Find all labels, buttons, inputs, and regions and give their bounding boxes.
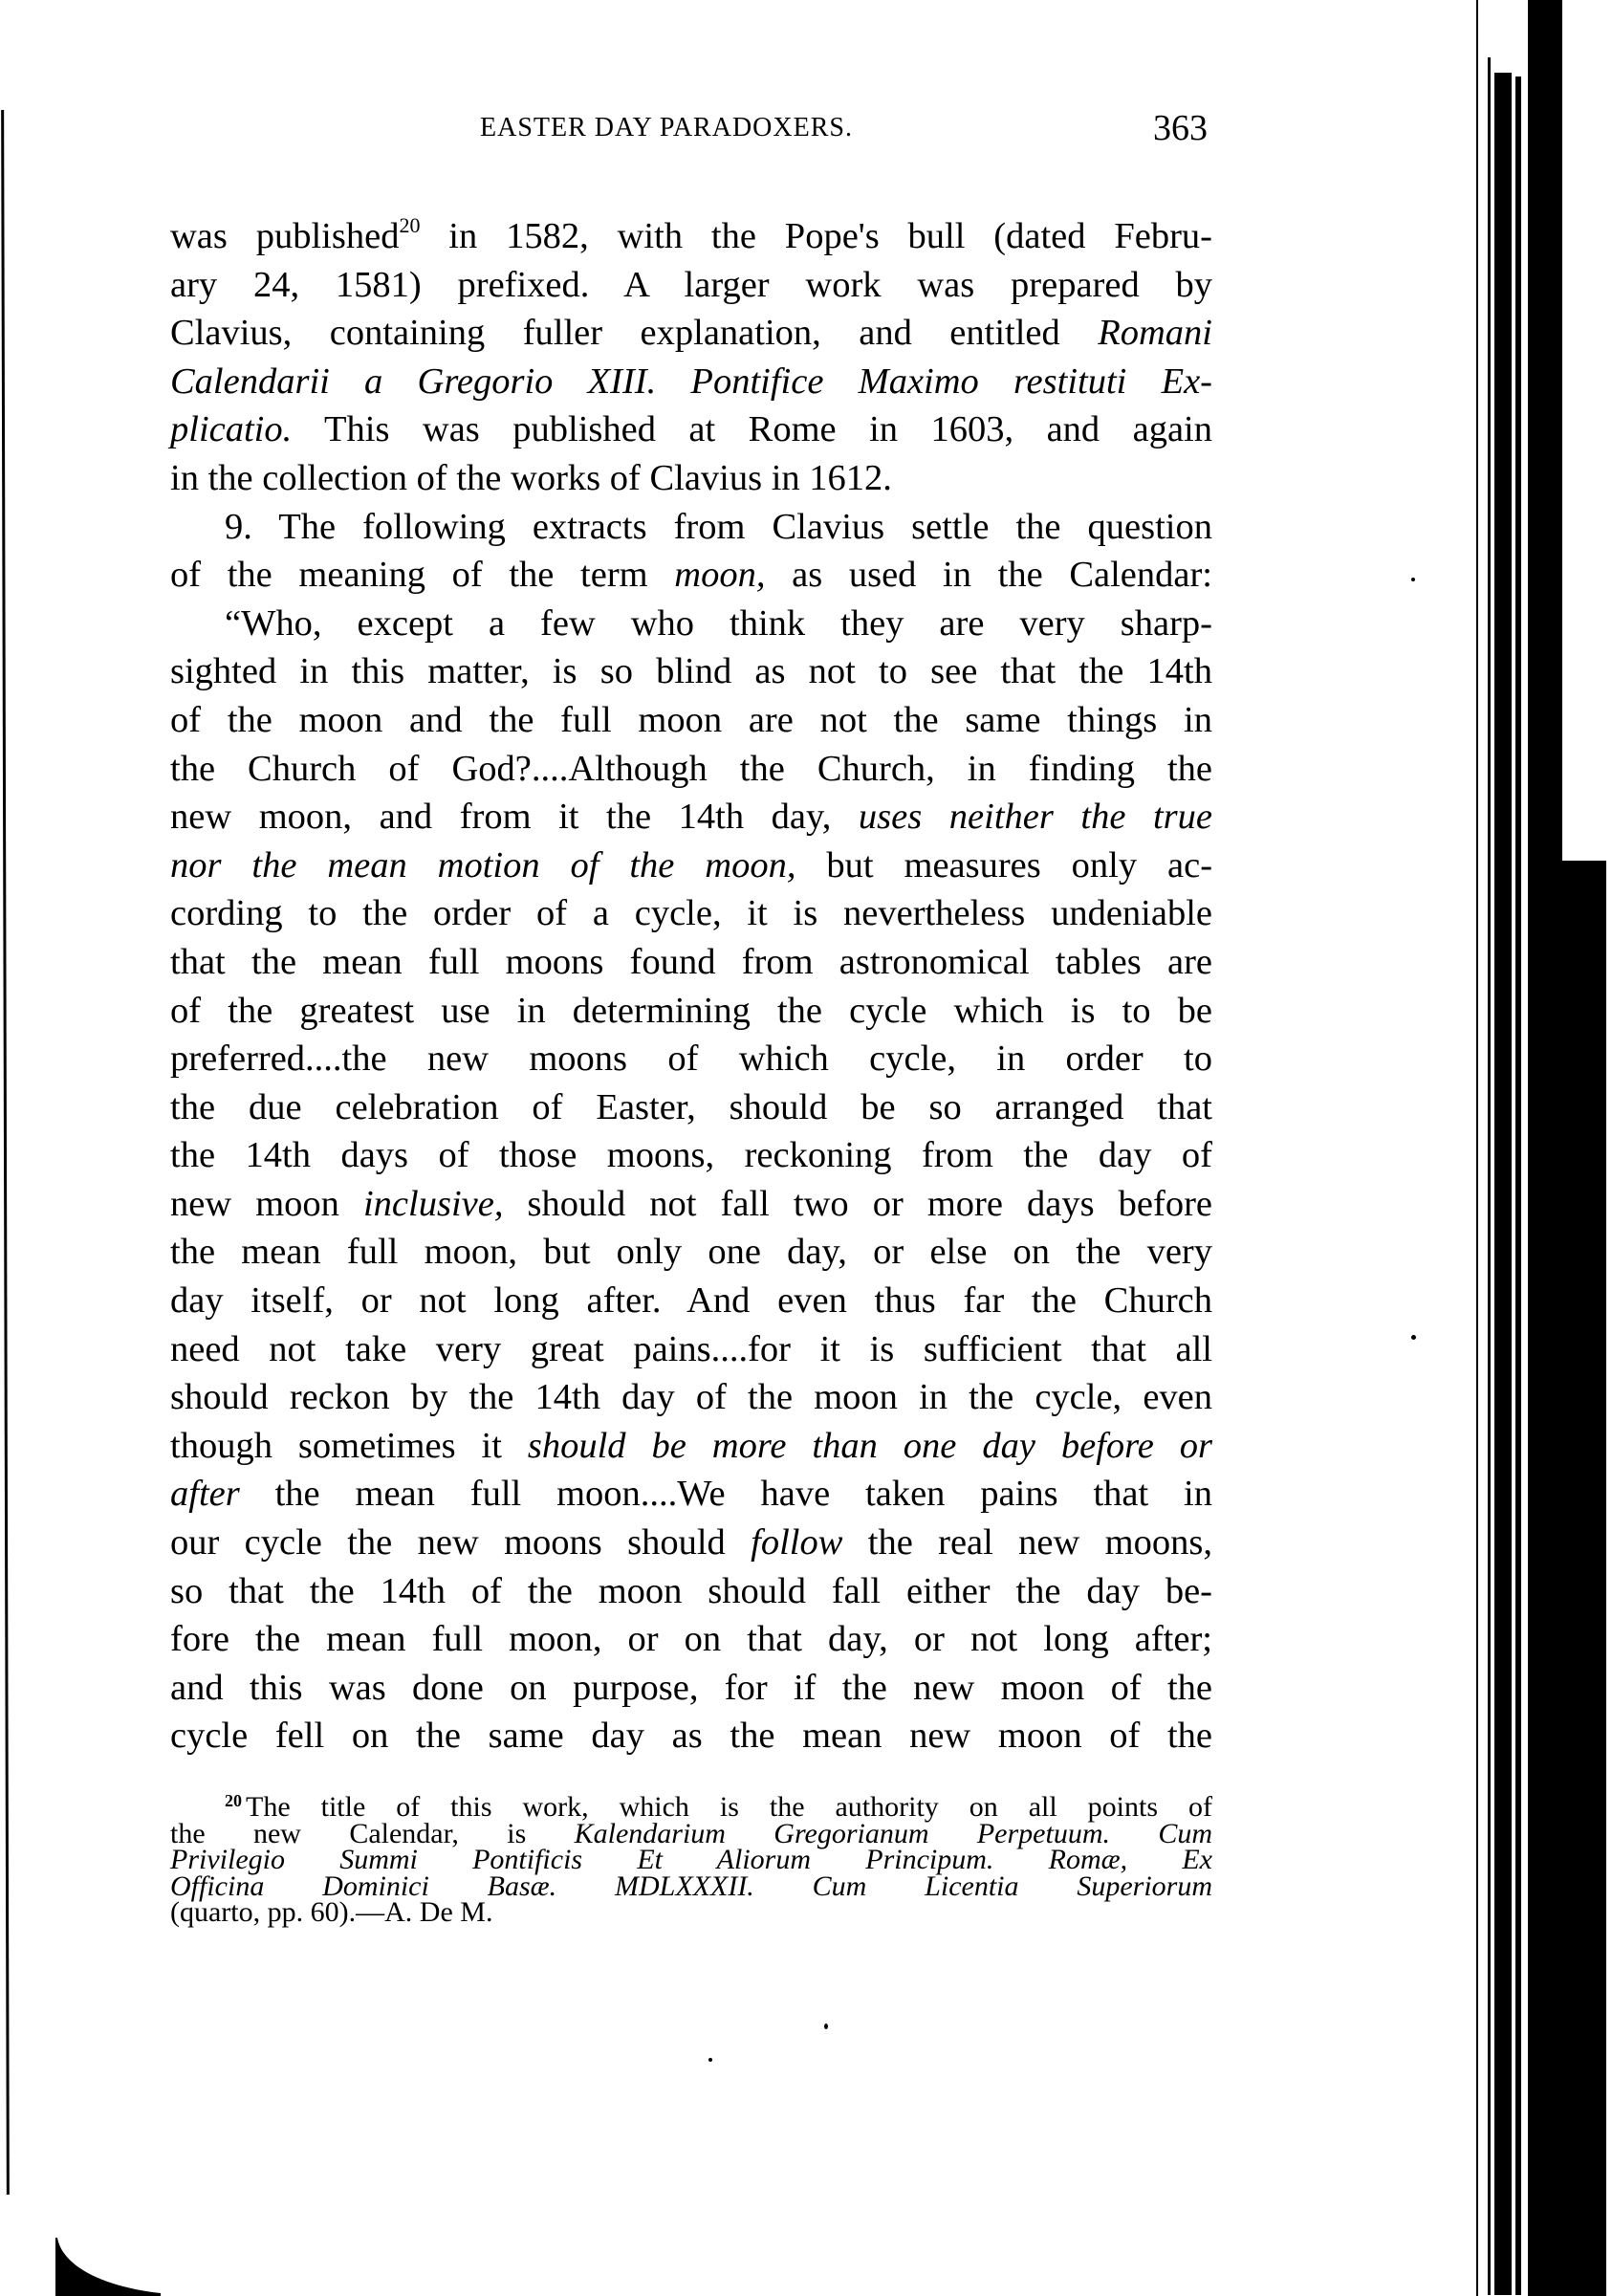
text-line: the Church of God?....Although the Churc… [170, 745, 1212, 794]
text-line: of the meaning of the term moon, as used… [170, 551, 1212, 600]
text-line: plicatio. This was published at Rome in … [170, 405, 1212, 454]
text-line: ary 24, 1581) prefixed. A larger work wa… [170, 261, 1212, 310]
page-number: 363 [1153, 107, 1208, 149]
text-line: new moon inclusive, should not fall two … [170, 1180, 1212, 1229]
scan-speck [824, 2023, 828, 2029]
text-line: preferred....the new moons of which cycl… [170, 1035, 1212, 1083]
page-corner-shadow [55, 2238, 161, 2296]
text-line: was published20 in 1582, with the Pope's… [170, 212, 1212, 261]
text-line: of the greatest use in determining the c… [170, 987, 1212, 1036]
text-line: so that the 14th of the moon should fall… [170, 1567, 1212, 1616]
text-line: sighted in this matter, is so blind as n… [170, 647, 1212, 696]
text-line: the due celebration of Easter, should be… [170, 1083, 1212, 1132]
footnote-line: (quarto, pp. 60).—A. De M. [170, 1899, 1212, 1926]
gutter-line [1488, 57, 1491, 2295]
text-line: cording to the order of a cycle, it is n… [170, 889, 1212, 938]
footnote-line: 20The title of this work, which is the a… [170, 1794, 1212, 1821]
footnote-line: Privilegio Summi Pontificis Et Aliorum P… [170, 1847, 1212, 1873]
text-line: need not take very great pains....for it… [170, 1325, 1212, 1374]
text-line: our cycle the new moons should follow th… [170, 1519, 1212, 1567]
text-line: the 14th days of those moons, reckoning … [170, 1131, 1212, 1180]
text-line: should reckon by the 14th day of the moo… [170, 1373, 1212, 1422]
text-line: 9. The following extracts from Clavius s… [170, 503, 1212, 552]
text-line: and this was done on purpose, for if the… [170, 1664, 1212, 1713]
page-edge-left [1, 110, 10, 2195]
gutter-band [1515, 77, 1521, 2295]
text-line: “Who, except a few who think they are ve… [170, 600, 1212, 648]
running-title: EASTER DAY PARADOXERS. [480, 113, 853, 143]
footnote-line: Officina Dominici Basæ. MDLXXXII. Cum Li… [170, 1873, 1212, 1900]
body-text: was published20 in 1582, with the Pope's… [170, 212, 1212, 1760]
gutter-shadow [1539, 861, 1606, 2296]
gutter-band [1494, 73, 1512, 2295]
text-line: that the mean full moons found from astr… [170, 938, 1212, 987]
footnote-reference[interactable]: 20 [399, 213, 420, 237]
scan-speck [708, 2058, 712, 2062]
footnote-marker: 20 [225, 1791, 242, 1810]
text-line: Calendarii a Gregorio XIII. Pontifice Ma… [170, 358, 1212, 406]
text-line: new moon, and from it the 14th day, uses… [170, 793, 1212, 842]
footnote-line: the new Calendar, is Kalendarium Gregori… [170, 1821, 1212, 1848]
scan-speck [1411, 578, 1415, 581]
text-line: fore the mean full moon, or on that day,… [170, 1615, 1212, 1664]
text-line: day itself, or not long after. And even … [170, 1277, 1212, 1325]
text-line: in the collection of the works of Claviu… [170, 454, 1212, 503]
footnote: 20The title of this work, which is the a… [170, 1794, 1212, 1926]
text-line: nor the mean motion of the moon, but mea… [170, 842, 1212, 890]
gutter-line [1476, 0, 1478, 2296]
text-line: the mean full moon, but only one day, or… [170, 1228, 1212, 1277]
text-line: after the mean full moon....We have take… [170, 1470, 1212, 1519]
scan-speck [1411, 1335, 1416, 1340]
text-line: of the moon and the full moon are not th… [170, 696, 1212, 745]
text-line: Clavius, containing fuller explanation, … [170, 309, 1212, 358]
text-line: though sometimes it should be more than … [170, 1422, 1212, 1471]
text-line: cycle fell on the same day as the mean n… [170, 1712, 1212, 1760]
